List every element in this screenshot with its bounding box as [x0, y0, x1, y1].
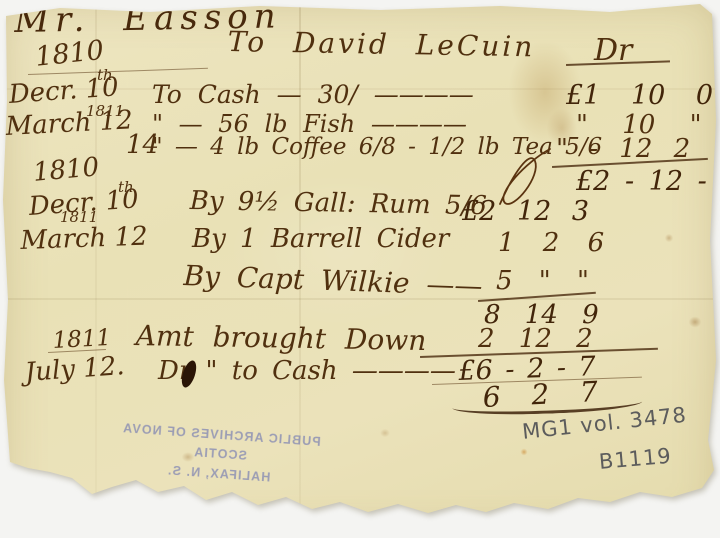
credit-row-date: March 12	[20, 224, 148, 254]
credit-row-amount: £2 12 3	[462, 198, 589, 225]
credit-year: 1810	[32, 154, 100, 186]
crease	[0, 298, 720, 300]
debit-row-desc: " — 56 lb Fish ————	[152, 112, 467, 136]
scanned-document-page: Mr. Easson 1810 To David LeCuin Dr th De…	[0, 0, 720, 538]
brought-down-label: Amt brought Down	[136, 322, 427, 355]
archive-item-reference: B1119	[598, 444, 673, 474]
credit-row-desc: By 1 Barrell Cider	[192, 226, 449, 252]
archives-stamp: PUBLIC ARCHIVES OF NOVA SCOTIA HALIFAX, …	[94, 417, 345, 492]
credit-row-desc: By Capt Wilkie ——	[183, 262, 483, 300]
paper-shadow: Mr. Easson 1810 To David LeCuin Dr th De…	[0, 0, 720, 538]
debit-total: £2 - 12 - 2	[576, 168, 720, 195]
debit-row-amount: " - 12 2	[556, 136, 690, 162]
heading-year: 1810	[34, 37, 105, 71]
debit-row-desc: To Cash — 30/ ————	[152, 82, 474, 107]
debit-row-amount: £1 10 0	[566, 82, 713, 109]
payment-date: July 12.	[24, 353, 125, 386]
credit-row-desc: By 9½ Gall: Rum 5/6	[190, 188, 487, 219]
torn-ledger-paper: Mr. Easson 1810 To David LeCuin Dr th De…	[0, 0, 720, 538]
credit-row-amount: 1 2 6	[498, 230, 604, 256]
credit-row-amount: 5 " "	[496, 268, 589, 294]
debit-row-date: March 12	[5, 107, 133, 140]
brought-down-amount: 2 12 2	[478, 326, 593, 352]
ledger-heading: To David LeCuin	[228, 28, 536, 61]
payment-label: Dr " to Cash ————	[158, 358, 456, 384]
